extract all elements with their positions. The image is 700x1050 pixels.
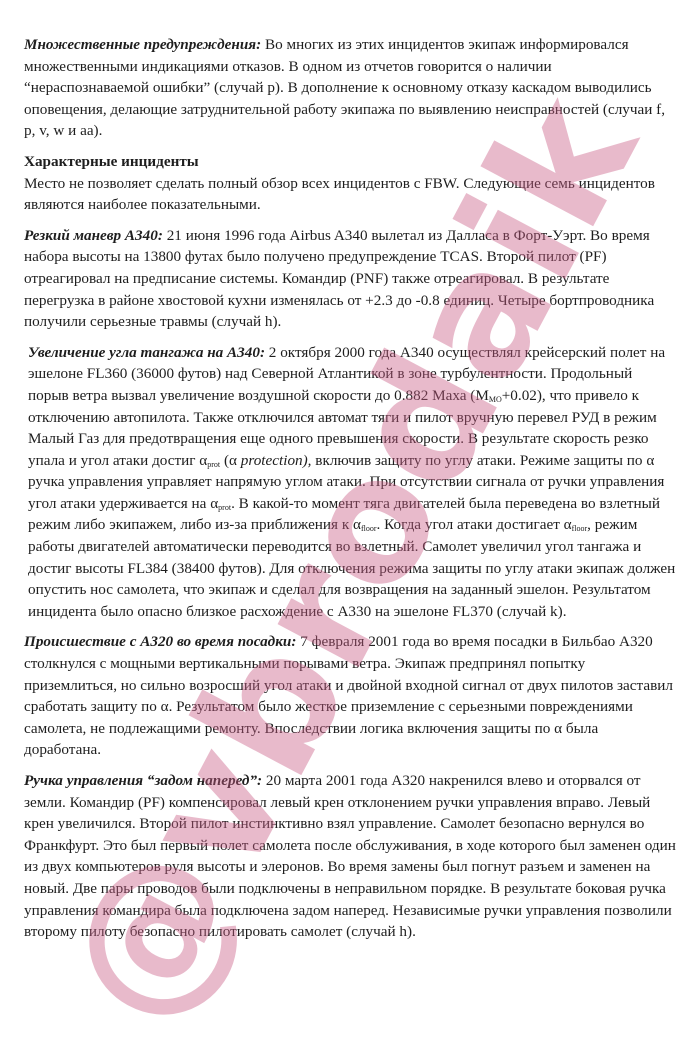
subscript-prot: prot [218,503,231,512]
subscript-floor: floor [361,524,377,533]
paragraph-text: . Когда угол атаки достигает α [377,516,572,533]
subscript-mo: MO [489,395,502,404]
paragraph-text: 20 марта 2001 года A320 накренился влево… [24,772,676,940]
subscript-floor: floor [572,524,588,533]
paragraph-lead: Происшествие с A320 во время посадки: [24,633,296,650]
paragraph-text: Место не позволяет сделать полный обзор … [24,175,655,214]
paragraph-typical-incidents: Характерные инцидентыМесто не позволяет … [24,151,676,216]
paragraph-a340-pitch: Увеличение угла тангажа на A340: 2 октяб… [24,342,676,623]
document-page: Множественные предупреждения: Во многих … [24,34,676,952]
paragraph-reversed-sidestick: Ручка управления “задом наперед”: 20 мар… [24,770,676,943]
paragraph-lead: Множественные предупреждения: [24,36,261,53]
paragraph-a340-maneuver: Резкий маневр A340: 21 июня 1996 года Ai… [24,225,676,333]
paragraph-lead: Ручка управления “задом наперед”: [24,772,262,789]
paragraph-lead: Резкий маневр A340: [24,227,163,244]
italic-protection: protection), [241,452,312,469]
paragraph-a320-landing: Происшествие с A320 во время посадки: 7 … [24,631,676,761]
paragraph-text: (α [220,452,241,469]
paragraph-multiple-warnings: Множественные предупреждения: Во многих … [24,34,676,142]
paragraph-text: 7 февраля 2001 года во время посадки в Б… [24,633,673,758]
subscript-prot: prot [207,460,220,469]
section-heading: Характерные инциденты [24,151,676,173]
paragraph-lead: Увеличение угла тангажа на A340: [28,344,265,361]
